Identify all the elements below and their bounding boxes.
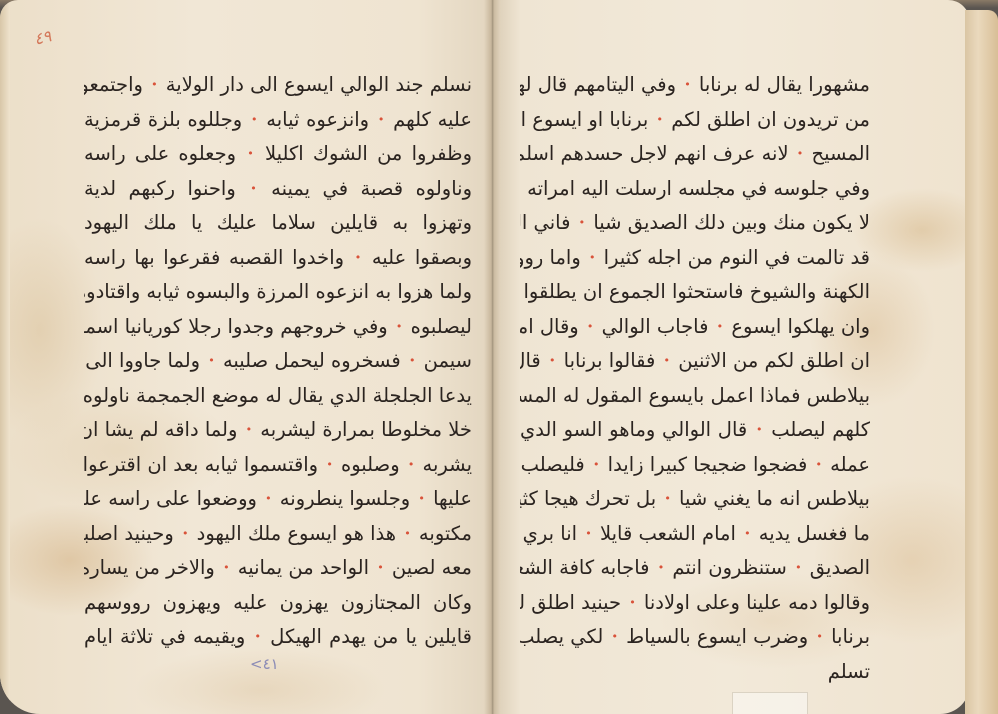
text-line: يدعا الجلجلة الدي يقال له موضع الجمجمة ن… [84, 379, 472, 414]
rubric-dot-icon: • [396, 320, 403, 333]
text-line: ان اطلق لكم من الاثنين • فقالوا برنابا •… [520, 344, 870, 379]
text-line: وظفروا من الشوك اكليلا • وجعلوه على راسه [84, 137, 472, 172]
text-line: وقالوا دمه علينا وعلى اولادنا • حينيد اط… [520, 586, 870, 621]
text-line: عليها • وجلسوا ينطرونه • ووضعوا على راسه… [84, 482, 472, 517]
rubric-dot-icon: • [355, 251, 362, 264]
rubric-dot-icon: • [744, 527, 751, 540]
rubric-dot-icon: • [684, 78, 691, 91]
text-line: مشهورا يقال له برنابا • وفي اليتامهم قال… [520, 68, 870, 103]
text-line: معه لصين • الواحد من يمانيه • والاخر من … [84, 551, 472, 586]
text-line: المسيح • لانه عرف انهم لاجل حسدهم اسلموه… [520, 137, 870, 172]
text-line: الكهنة والشيوخ فاستحثوا الجموع ان يطلقوا… [520, 275, 870, 310]
rubric-dot-icon: • [404, 527, 411, 540]
rubric-dot-icon: • [223, 561, 230, 574]
rubric-dot-icon: • [816, 630, 823, 643]
rubric-dot-icon: • [250, 182, 257, 195]
rubric-dot-icon: • [418, 492, 425, 505]
rubric-dot-icon: • [254, 630, 261, 643]
page-block-edge [965, 10, 998, 714]
text-line: الصديق • ستنظرون انتم • فاجابه كافة الشع… [520, 551, 870, 586]
text-line: سيمن • فسخروه ليحمل صليبه • ولما جاووا ا… [84, 344, 472, 379]
rubric-dot-icon: • [589, 251, 596, 264]
pencil-page-number: <٤١ [250, 655, 279, 673]
rubric-dot-icon: • [664, 354, 671, 367]
rubric-dot-icon: • [815, 458, 822, 471]
text-line: لا يكون منك وبين دلك الصديق شيا • فاني ا… [520, 206, 870, 241]
rubric-dot-icon: • [629, 596, 636, 609]
rubric-dot-icon: • [587, 320, 594, 333]
right-page-text: مشهورا يقال له برنابا • وفي اليتامهم قال… [520, 68, 870, 689]
text-line: مكتوبه • هذا هو ايسوع ملك اليهود • وحيني… [84, 517, 472, 552]
rubric-dot-icon: • [409, 354, 416, 367]
rubric-dot-icon: • [151, 78, 158, 91]
text-line: وبصقوا عليه • واخدوا القصبه فقرعوا بها ر… [84, 241, 472, 276]
rubric-dot-icon: • [326, 458, 333, 471]
left-page: ٤٩ نسلم جند الوالي ايسوع الى دار الولاية… [0, 0, 492, 714]
rubric-dot-icon: • [611, 630, 618, 643]
rubric-dot-icon: • [408, 458, 415, 471]
right-page: مشهورا يقال له برنابا • وفي اليتامهم قال… [492, 0, 970, 714]
rubric-dot-icon: • [246, 423, 253, 436]
text-line: وكان المجتازون يهزون عليه ويهزون رووسهم [84, 586, 472, 621]
text-line: عليه كلهم • وانزعوه ثيابه • وجللوه بلزة … [84, 103, 472, 138]
rubric-dot-icon: • [657, 113, 664, 126]
text-line: ولما هزوا به انزعوه المرزة والبسوه ثيابه… [84, 275, 472, 310]
text-line: نسلم جند الوالي ايسوع الى دار الولاية • … [84, 68, 472, 103]
text-line: قايلين يا من يهدم الهيكل • ويقيمه في تلا… [84, 620, 472, 655]
text-line: وفي جلوسه في مجلسه ارسلت اليه امراته • ق… [520, 172, 870, 207]
book-gutter [484, 0, 500, 714]
text-line: بيلاطس انه ما يغني شيا • بل تحرك هيجا كث… [520, 482, 870, 517]
paper-tab [732, 692, 808, 714]
rubric-dot-icon: • [795, 561, 802, 574]
rubric-dot-icon: • [549, 354, 556, 367]
rubric-dot-icon: • [797, 147, 804, 160]
rubric-dot-icon: • [251, 113, 258, 126]
text-line: خلا مخلوطا بمرارة ليشربه • ولما داقه لم … [84, 413, 472, 448]
rubric-dot-icon: • [579, 216, 586, 229]
text-line: بيلاطس فماذا اعمل بايسوع المقول له المسي… [520, 379, 870, 414]
rubric-dot-icon: • [182, 527, 189, 540]
rubric-dot-icon: • [377, 561, 384, 574]
text-line: ليصلبوه • وفي خروجهم وجدوا رجلا كوريانيا… [84, 310, 472, 345]
text-line: ما فغسل يديه • امام الشعب قايلا • انا بر… [520, 517, 870, 552]
rubric-dot-icon: • [756, 423, 763, 436]
rubric-dot-icon: • [593, 458, 600, 471]
rubric-dot-icon: • [717, 320, 724, 333]
rubric-dot-icon: • [247, 147, 254, 160]
rubric-dot-icon: • [208, 354, 215, 367]
text-line: من تريدون ان اطلق لكم • برنابا او ايسوع … [520, 103, 870, 138]
rubric-dot-icon: • [265, 492, 272, 505]
rubric-dot-icon: • [664, 492, 671, 505]
text-line: يشربه • وصلبوه • واقتسموا ثيابه بعد ان ا… [84, 448, 472, 483]
text-line: عمله • فضجوا ضجيجا كبيرا زايدا • فليصلب … [520, 448, 870, 483]
text-line: كلهم ليصلب • قال الوالي وماهو السو الدي [520, 413, 870, 448]
rubric-dot-icon: • [585, 527, 592, 540]
text-line: وان يهلكوا ايسوع • فاجاب الوالي • وقال ا… [520, 310, 870, 345]
left-page-text: نسلم جند الوالي ايسوع الى دار الولاية • … [84, 68, 472, 655]
text-line: وناولوه قصبة في يمينه • واحنوا ركبهم لدي… [84, 172, 472, 207]
manuscript-scan: ٤٩ نسلم جند الوالي ايسوع الى دار الولاية… [0, 0, 998, 714]
rubric-dot-icon: • [378, 113, 385, 126]
text-line: وتهزوا به قايلين سلاما عليك يا ملك اليهو… [84, 206, 472, 241]
text-line: قد تالمت في النوم من اجله كثيرا • واما ر… [520, 241, 870, 276]
text-line: تسلم [520, 655, 870, 690]
text-line: برنابا • وضرب ايسوع بالسياط • لكي يصلب ع… [520, 620, 870, 655]
rubric-dot-icon: • [658, 561, 665, 574]
folio-number: ٤٩ [32, 26, 53, 49]
